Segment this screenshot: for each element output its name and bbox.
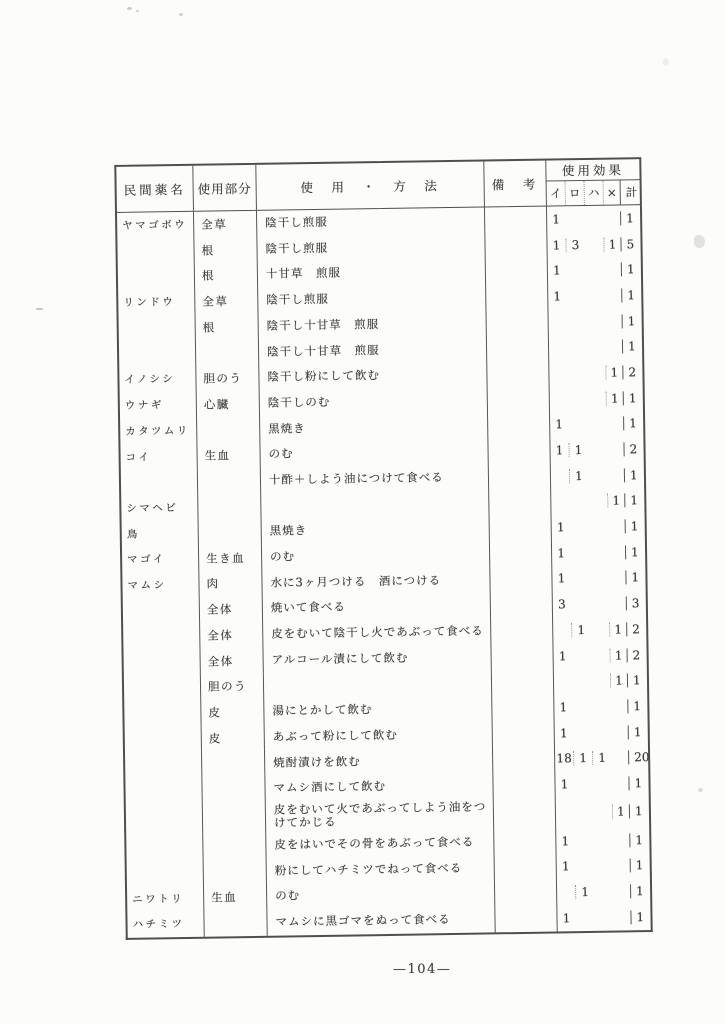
usage-method-cell: マムシに黒ゴマをぬって食べる <box>267 906 495 935</box>
medicine-name-cell: イノシシ <box>119 366 196 393</box>
medicine-name-cell <box>127 859 204 886</box>
effect-values-cell: 181120 <box>555 745 648 772</box>
effect-total-value: 1 <box>628 776 648 790</box>
usage-method-cell: 陰干しのむ <box>260 387 488 416</box>
remarks-cell <box>493 746 555 773</box>
header-effect-col-ro: ロ <box>565 181 584 205</box>
effect-i-value: 1 <box>556 834 574 848</box>
scan-artifact <box>127 7 132 10</box>
usage-method-cell: あぶって粉にして飲む <box>265 721 493 750</box>
usage-method-cell: 陰干し粉にして飲む <box>259 362 487 391</box>
effect-i-value: 1 <box>555 726 573 740</box>
remarks-cell <box>489 463 551 490</box>
usage-method-cell <box>261 490 489 519</box>
effect-total-value: 20 <box>628 750 648 764</box>
usage-method-cell: マムシ酒にして飲む <box>265 773 493 802</box>
effect-values-cell: 11 <box>555 770 648 797</box>
medicine-name-cell <box>124 674 201 701</box>
medicine-name-cell <box>119 340 196 367</box>
effect-values-cell: 112 <box>553 616 646 643</box>
effect-values-cell: 11 <box>551 488 644 515</box>
medicine-name-cell: 鳥 <box>122 520 199 547</box>
medicine-name-cell: マゴイ <box>122 546 199 573</box>
remarks-cell <box>488 412 550 439</box>
usage-method-cell: 焼酎漬けを飲む <box>265 747 493 776</box>
usage-method-cell: 十甘草 煎服 <box>258 259 486 288</box>
medicine-name-cell: マムシ <box>122 571 199 598</box>
used-part-cell: 全体 <box>200 622 263 649</box>
folk-medicine-table: 民間薬名 使用部分 使 用 ・ 方 法 備 考 使用効果 イ ロ ハ × 計 ヤ… <box>114 157 652 939</box>
effect-i-value: 3 <box>553 597 571 611</box>
effect-x-value: 1 <box>603 237 620 251</box>
remarks-cell <box>491 617 553 644</box>
used-part-cell: 生血 <box>197 442 260 469</box>
scan-artifact <box>698 788 703 792</box>
used-part-cell: 根 <box>196 314 259 341</box>
scan-artifact <box>136 10 139 12</box>
effect-total-value: 1 <box>620 211 640 225</box>
effect-total-value: 1 <box>621 262 641 276</box>
table-header-row: 民間薬名 使用部分 使 用 ・ 方 法 備 考 使用効果 イ ロ ハ × 計 <box>114 157 642 213</box>
medicine-name-cell <box>121 469 198 496</box>
remarks-cell <box>490 515 552 542</box>
remarks-cell <box>485 232 547 259</box>
usage-method-cell: 陰干し煎服 <box>258 285 486 314</box>
effect-total-value: 1 <box>627 673 647 687</box>
effect-values-cell: 11 <box>551 462 644 489</box>
effect-total-value: 1 <box>621 288 641 302</box>
medicine-name-cell: リンドウ <box>118 289 195 316</box>
remarks-cell <box>487 361 549 388</box>
effect-total-value: 5 <box>620 237 640 251</box>
medicine-name-cell <box>117 237 194 264</box>
effect-values-cell: 11 <box>557 853 650 880</box>
effect-total-value: 2 <box>623 442 643 456</box>
usage-method-cell: 皮をむいて陰干し火であぶって食べる <box>263 618 491 647</box>
medicine-name-cell: コイ <box>120 443 197 470</box>
used-part-cell: 全体 <box>200 647 263 674</box>
scan-artifact <box>36 308 43 310</box>
remarks-cell <box>494 797 556 829</box>
effect-values-cell: 112 <box>550 436 643 463</box>
used-part-cell <box>198 493 261 520</box>
effect-values-cell: 11 <box>550 385 643 412</box>
medicine-name-cell: ハチミツ <box>127 911 204 938</box>
effect-values-cell: 11 <box>557 878 650 905</box>
remarks-cell <box>489 489 551 516</box>
used-part-cell: 根 <box>195 262 258 289</box>
scanned-document-page: 民間薬名 使用部分 使 用 ・ 方 法 備 考 使用効果 イ ロ ハ × 計 ヤ… <box>0 0 725 1024</box>
effect-total-value: 1 <box>630 858 650 872</box>
usage-method-cell: アルコール漬にして飲む <box>263 644 491 673</box>
effect-total-value: 1 <box>629 833 649 847</box>
page-number: —104— <box>393 962 451 977</box>
effect-total-value: 1 <box>627 699 647 713</box>
effect-total-value: 1 <box>628 725 648 739</box>
usage-method-cell: 黒焼き <box>260 413 488 442</box>
header-effect-col-total: 計 <box>620 180 640 204</box>
usage-method-cell: 湯にとかして飲む <box>264 695 492 724</box>
scan-artifact <box>179 13 183 16</box>
effect-total-value: 2 <box>622 365 642 379</box>
usage-method-cell <box>264 670 492 699</box>
effect-values-cell: 11 <box>554 693 647 720</box>
used-part-cell: 胆のう <box>201 673 264 700</box>
usage-method-cell: 陰干し十甘草 煎服 <box>259 336 487 365</box>
usage-method-cell: のむ <box>260 439 488 468</box>
used-part-cell <box>197 416 260 443</box>
remarks-cell <box>488 438 550 465</box>
effect-total-value: 1 <box>625 571 645 585</box>
effect-total-value: 1 <box>625 519 645 533</box>
effect-ro-value: 1 <box>568 443 587 457</box>
effect-x-value: 1 <box>607 494 624 508</box>
effect-i-value: 1 <box>557 860 575 874</box>
header-effect-title: 使用効果 <box>546 159 639 181</box>
effect-i-value: 1 <box>550 443 568 457</box>
usage-method-cell: 陰干し煎服 <box>257 207 485 236</box>
remarks-cell <box>491 643 553 670</box>
remarks-cell <box>493 772 555 799</box>
header-usage-method: 使 用 ・ 方 法 <box>256 161 485 209</box>
effect-i-value: 1 <box>547 238 565 252</box>
header-effect-col-i: イ <box>547 181 565 205</box>
used-part-cell: 胆のう <box>196 365 259 392</box>
effect-values-cell: 11 <box>556 827 649 854</box>
medicine-name-cell: ヤマゴボウ <box>117 212 194 239</box>
effect-values-cell: 11 <box>548 282 641 309</box>
used-part-cell <box>203 802 266 834</box>
effect-i-value: 1 <box>550 418 568 432</box>
effect-total-value: 2 <box>626 622 646 636</box>
effect-values-cell: 11 <box>550 411 643 438</box>
used-part-cell: 全草 <box>195 288 258 315</box>
used-part-cell <box>198 468 261 495</box>
usage-method-cell: 十酢＋しよう油につけて食べる <box>261 464 489 493</box>
medicine-name-cell <box>126 803 203 835</box>
effect-values-cell: 33 <box>553 590 646 617</box>
usage-method-cell: のむ <box>267 881 495 910</box>
used-part-cell: 肉 <box>199 570 262 597</box>
scan-artifact <box>663 58 669 66</box>
used-part-cell <box>202 776 265 803</box>
effect-total-value: 1 <box>622 339 642 353</box>
effect-x-value: 1 <box>609 622 626 636</box>
effect-x-value: 1 <box>612 805 629 819</box>
used-part-cell: 根 <box>194 237 257 264</box>
effect-i-value: 1 <box>557 911 575 925</box>
effect-values-cell: 11 <box>552 539 645 566</box>
effect-total-value: 2 <box>627 648 647 662</box>
medicine-name-cell <box>118 263 195 290</box>
effect-values-cell: 1315 <box>547 231 640 258</box>
effect-x-value: 1 <box>605 365 622 379</box>
usage-method-cell: 焼いて食べる <box>263 593 491 622</box>
used-part-cell: 全草 <box>194 211 257 238</box>
effect-values-cell: 1 <box>548 308 641 335</box>
effect-ro-value: 1 <box>573 751 592 765</box>
effect-ro-value: 3 <box>565 238 584 252</box>
effect-values-cell: 11 <box>556 796 649 828</box>
medicine-name-cell: ウナギ <box>120 392 197 419</box>
effect-i-value: 1 <box>554 700 572 714</box>
effect-i-value: 1 <box>554 649 572 663</box>
effect-values-cell: 11 <box>547 205 640 232</box>
header-effect-group: 使用効果 イ ロ ハ × 計 <box>546 159 640 205</box>
effect-total-value: 1 <box>624 468 644 482</box>
medicine-name-cell <box>123 597 200 624</box>
effect-total-value: 1 <box>623 391 643 405</box>
header-remarks: 備 考 <box>484 161 547 207</box>
effect-i-value: 1 <box>552 572 570 586</box>
used-part-cell: 全体 <box>200 596 263 623</box>
remarks-cell <box>495 854 557 881</box>
remarks-cell <box>488 386 550 413</box>
medicine-name-cell <box>123 623 200 650</box>
effect-total-value: 1 <box>629 804 649 818</box>
used-part-cell <box>204 858 267 885</box>
medicine-name-cell: シマヘビ <box>121 494 198 521</box>
used-part-cell <box>203 833 266 860</box>
table-body: ヤマゴボウ全草陰干し煎服11根陰干し煎服1315根十甘草 煎服11リンドウ全草陰… <box>115 205 653 939</box>
effect-values-cell: 1 <box>549 334 642 361</box>
remarks-cell <box>490 566 552 593</box>
effect-values-cell: 12 <box>549 359 642 386</box>
remarks-cell <box>492 669 554 696</box>
remarks-cell <box>485 207 547 234</box>
header-medicine-name: 民間薬名 <box>116 166 194 212</box>
effect-i-value: 1 <box>547 212 565 226</box>
effect-x-value: 1 <box>610 674 627 688</box>
scan-artifact <box>694 235 705 248</box>
header-effect-col-ha: ハ <box>584 181 603 205</box>
remarks-cell <box>486 258 548 285</box>
effect-values-cell: 11 <box>552 513 645 540</box>
medicine-name-cell <box>123 648 200 675</box>
effect-total-value: 1 <box>630 910 650 924</box>
effect-i-value: 1 <box>548 263 566 277</box>
used-part-cell: 皮 <box>201 699 264 726</box>
effect-values-cell: 11 <box>555 719 648 746</box>
effect-x-value: 1 <box>606 391 623 405</box>
usage-method-cell: のむ <box>262 541 490 570</box>
remarks-cell <box>494 828 556 855</box>
effect-ha-value: 1 <box>592 751 611 765</box>
remarks-cell <box>493 720 555 747</box>
medicine-name-cell <box>119 315 196 342</box>
used-part-cell: 皮 <box>202 725 265 752</box>
effect-ro-value: 1 <box>571 623 590 637</box>
medicine-name-cell <box>125 751 202 778</box>
usage-method-cell: 水に3ヶ月つける 酒につける <box>262 567 490 596</box>
remarks-cell <box>495 905 557 932</box>
used-part-cell <box>196 339 259 366</box>
effect-i-value: 1 <box>552 520 570 534</box>
usage-method-cell: 陰干し煎服 <box>257 233 485 262</box>
medicine-name-cell: ニワトリ <box>127 885 204 912</box>
used-part-cell <box>199 519 262 546</box>
header-effect-col-x: × <box>603 180 620 204</box>
used-part-cell: 心臓 <box>197 391 260 418</box>
remarks-cell <box>491 592 553 619</box>
effect-ro-value: 1 <box>575 885 594 899</box>
remarks-cell <box>492 695 554 722</box>
remarks-cell <box>490 540 552 567</box>
usage-method-cell: 皮をはいでその骨をあぶって食べる <box>266 829 494 858</box>
effect-total-value: 1 <box>624 494 644 508</box>
effect-total-value: 1 <box>623 416 643 430</box>
effect-i-value: 18 <box>555 751 573 765</box>
effect-values-cell: 11 <box>554 667 647 694</box>
effect-total-value: 1 <box>622 314 642 328</box>
effect-total-value: 1 <box>625 545 645 559</box>
remarks-cell <box>486 284 548 311</box>
effect-values-cell: 11 <box>557 904 650 931</box>
usage-method-cell: 黒焼き <box>262 516 490 545</box>
used-part-cell: 生血 <box>204 884 267 911</box>
used-part-cell <box>204 910 267 937</box>
remarks-cell <box>495 880 557 907</box>
effect-i-value: 1 <box>555 777 573 791</box>
medicine-name-cell <box>126 834 203 861</box>
remarks-cell <box>487 335 549 362</box>
medicine-name-cell: カタツムリ <box>120 417 197 444</box>
header-effect-subcolumns: イ ロ ハ × 計 <box>547 180 640 205</box>
usage-method-cell: 皮をむいて火であぶってしよう油をつけてかじる <box>266 798 494 832</box>
medicine-name-cell <box>125 725 202 752</box>
effect-i-value: 1 <box>552 546 570 560</box>
effect-x-value: 1 <box>610 648 627 662</box>
effect-total-value: 3 <box>626 596 646 610</box>
usage-method-cell: 陰干し十甘草 煎服 <box>259 310 487 339</box>
usage-method-cell: 粉にしてハチミツでねって食べる <box>267 855 495 884</box>
effect-values-cell: 11 <box>552 565 645 592</box>
effect-values-cell: 11 <box>548 257 641 284</box>
medicine-name-cell <box>124 700 201 727</box>
effect-i-value: 1 <box>548 289 566 303</box>
used-part-cell: 生き血 <box>199 545 262 572</box>
effect-ro-value: 1 <box>569 469 588 483</box>
used-part-cell <box>202 750 265 777</box>
medicine-name-cell <box>125 777 202 804</box>
effect-values-cell: 112 <box>553 642 646 669</box>
effect-total-value: 1 <box>630 884 650 898</box>
header-used-part: 使用部分 <box>193 165 257 211</box>
remarks-cell <box>486 309 548 336</box>
